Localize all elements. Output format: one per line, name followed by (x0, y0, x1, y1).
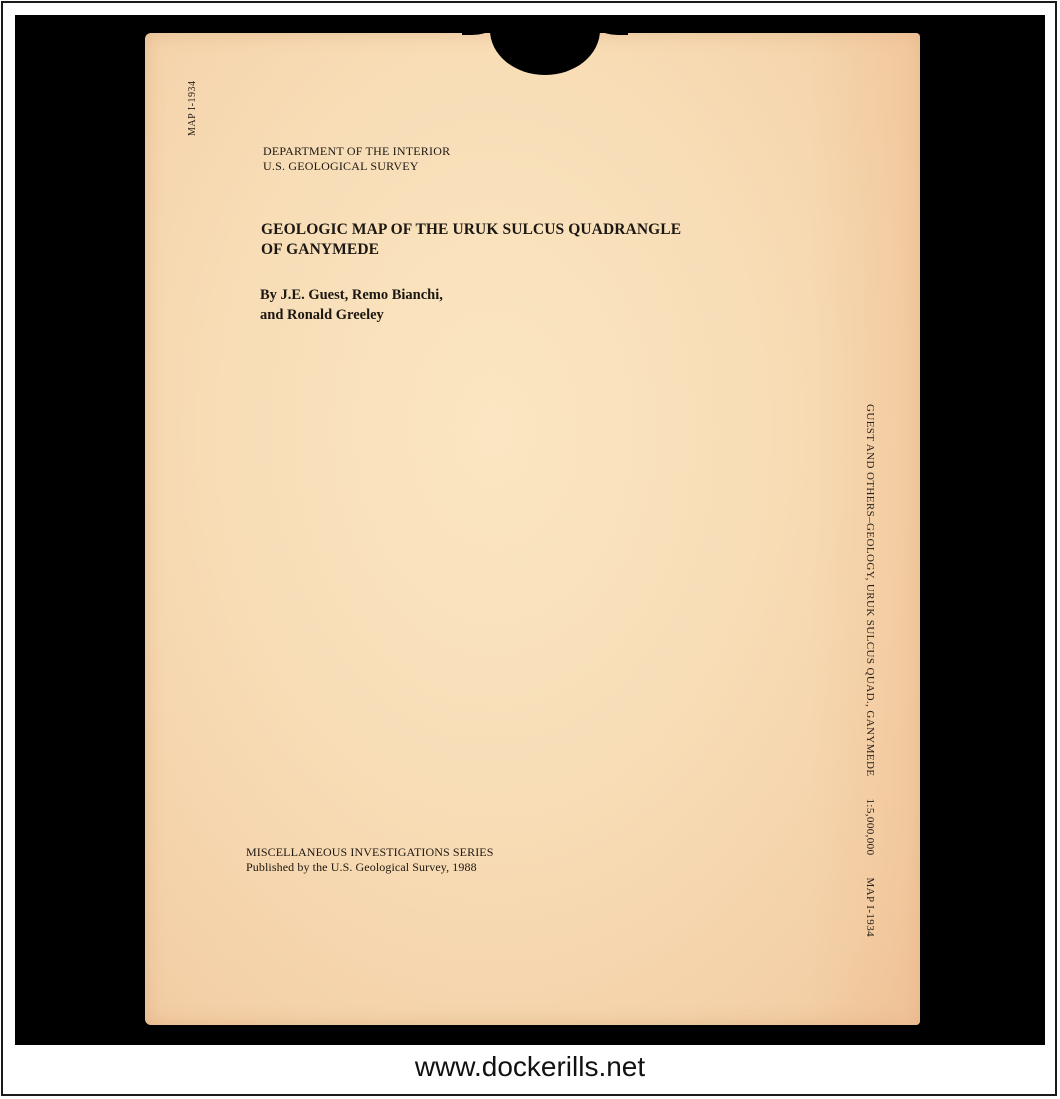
authors-line-1: By J.E. Guest, Remo Bianchi, (260, 285, 443, 305)
spine-label-vertical: GUEST AND OTHERS–GEOLOGY, URUK SULCUS QU… (864, 404, 876, 937)
title-line-2: OF GANYMEDE (261, 240, 681, 260)
department-name: DEPARTMENT OF THE INTERIOR (263, 144, 450, 159)
title-line-1: GEOLOGIC MAP OF THE URUK SULCUS QUADRANG… (261, 220, 681, 240)
publisher-line: Published by the U.S. Geological Survey,… (246, 860, 494, 875)
issuing-agency: DEPARTMENT OF THE INTERIOR U.S. GEOLOGIC… (263, 144, 450, 174)
spine-scale: 1:5,000,000 (864, 799, 876, 856)
website-watermark: www.dockerills.net (0, 1051, 1060, 1083)
map-number-vertical: MAP I-1934 (187, 81, 198, 136)
map-envelope (145, 33, 920, 1025)
spine-map-number: MAP I-1934 (864, 877, 876, 937)
series-name: MISCELLANEOUS INVESTIGATIONS SERIES (246, 845, 494, 860)
spine-title: GUEST AND OTHERS–GEOLOGY, URUK SULCUS QU… (864, 404, 876, 777)
document-title: GEOLOGIC MAP OF THE URUK SULCUS QUADRANG… (261, 220, 681, 260)
authors: By J.E. Guest, Remo Bianchi, and Ronald … (260, 285, 443, 325)
authors-line-2: and Ronald Greeley (260, 305, 443, 325)
publication-info: MISCELLANEOUS INVESTIGATIONS SERIES Publ… (246, 845, 494, 875)
agency-name: U.S. GEOLOGICAL SURVEY (263, 159, 450, 174)
